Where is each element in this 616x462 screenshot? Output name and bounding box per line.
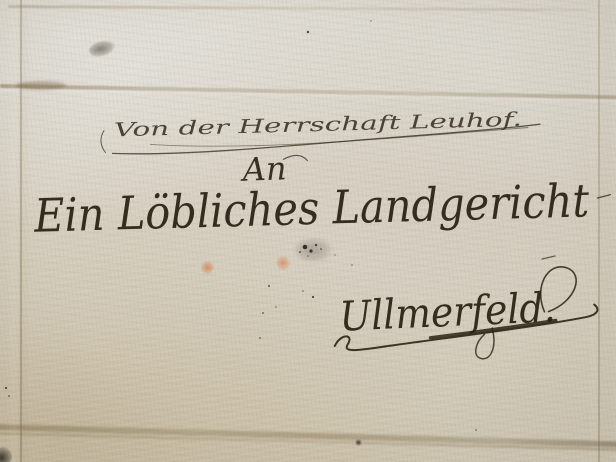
salutation-flourish	[283, 155, 307, 161]
sender-paren-mark	[101, 131, 106, 153]
handwriting-layer: Von der Herrschaft Leuhof. An Ein Löblic…	[0, 0, 616, 462]
addressee-text: Ein Löbliches Landgericht	[33, 173, 591, 243]
addressee-line: Ein Löbliches Landgericht	[33, 173, 612, 243]
place-text: Ullmerfeld.	[338, 283, 556, 340]
sender-line-text: Von der Herrschaft Leuhof.	[114, 109, 522, 142]
place-line: Ullmerfeld.	[332, 265, 600, 365]
small-dash-mark	[542, 256, 555, 259]
addressee-end-dash	[597, 195, 610, 198]
sender-line: Von der Herrschaft Leuhof.	[100, 108, 540, 155]
manuscript-photo: Von der Herrschaft Leuhof. An Ein Löblic…	[0, 0, 616, 462]
